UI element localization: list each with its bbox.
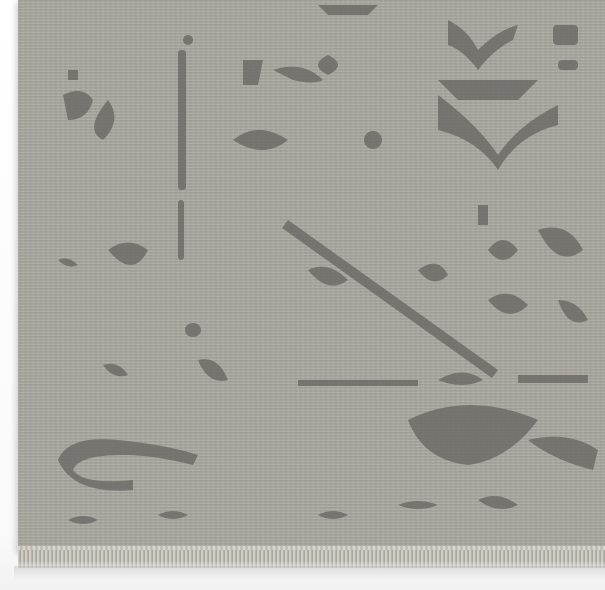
rug-motif-pattern <box>18 0 605 552</box>
rug-photo <box>18 0 605 552</box>
rug-shadow <box>14 566 605 580</box>
